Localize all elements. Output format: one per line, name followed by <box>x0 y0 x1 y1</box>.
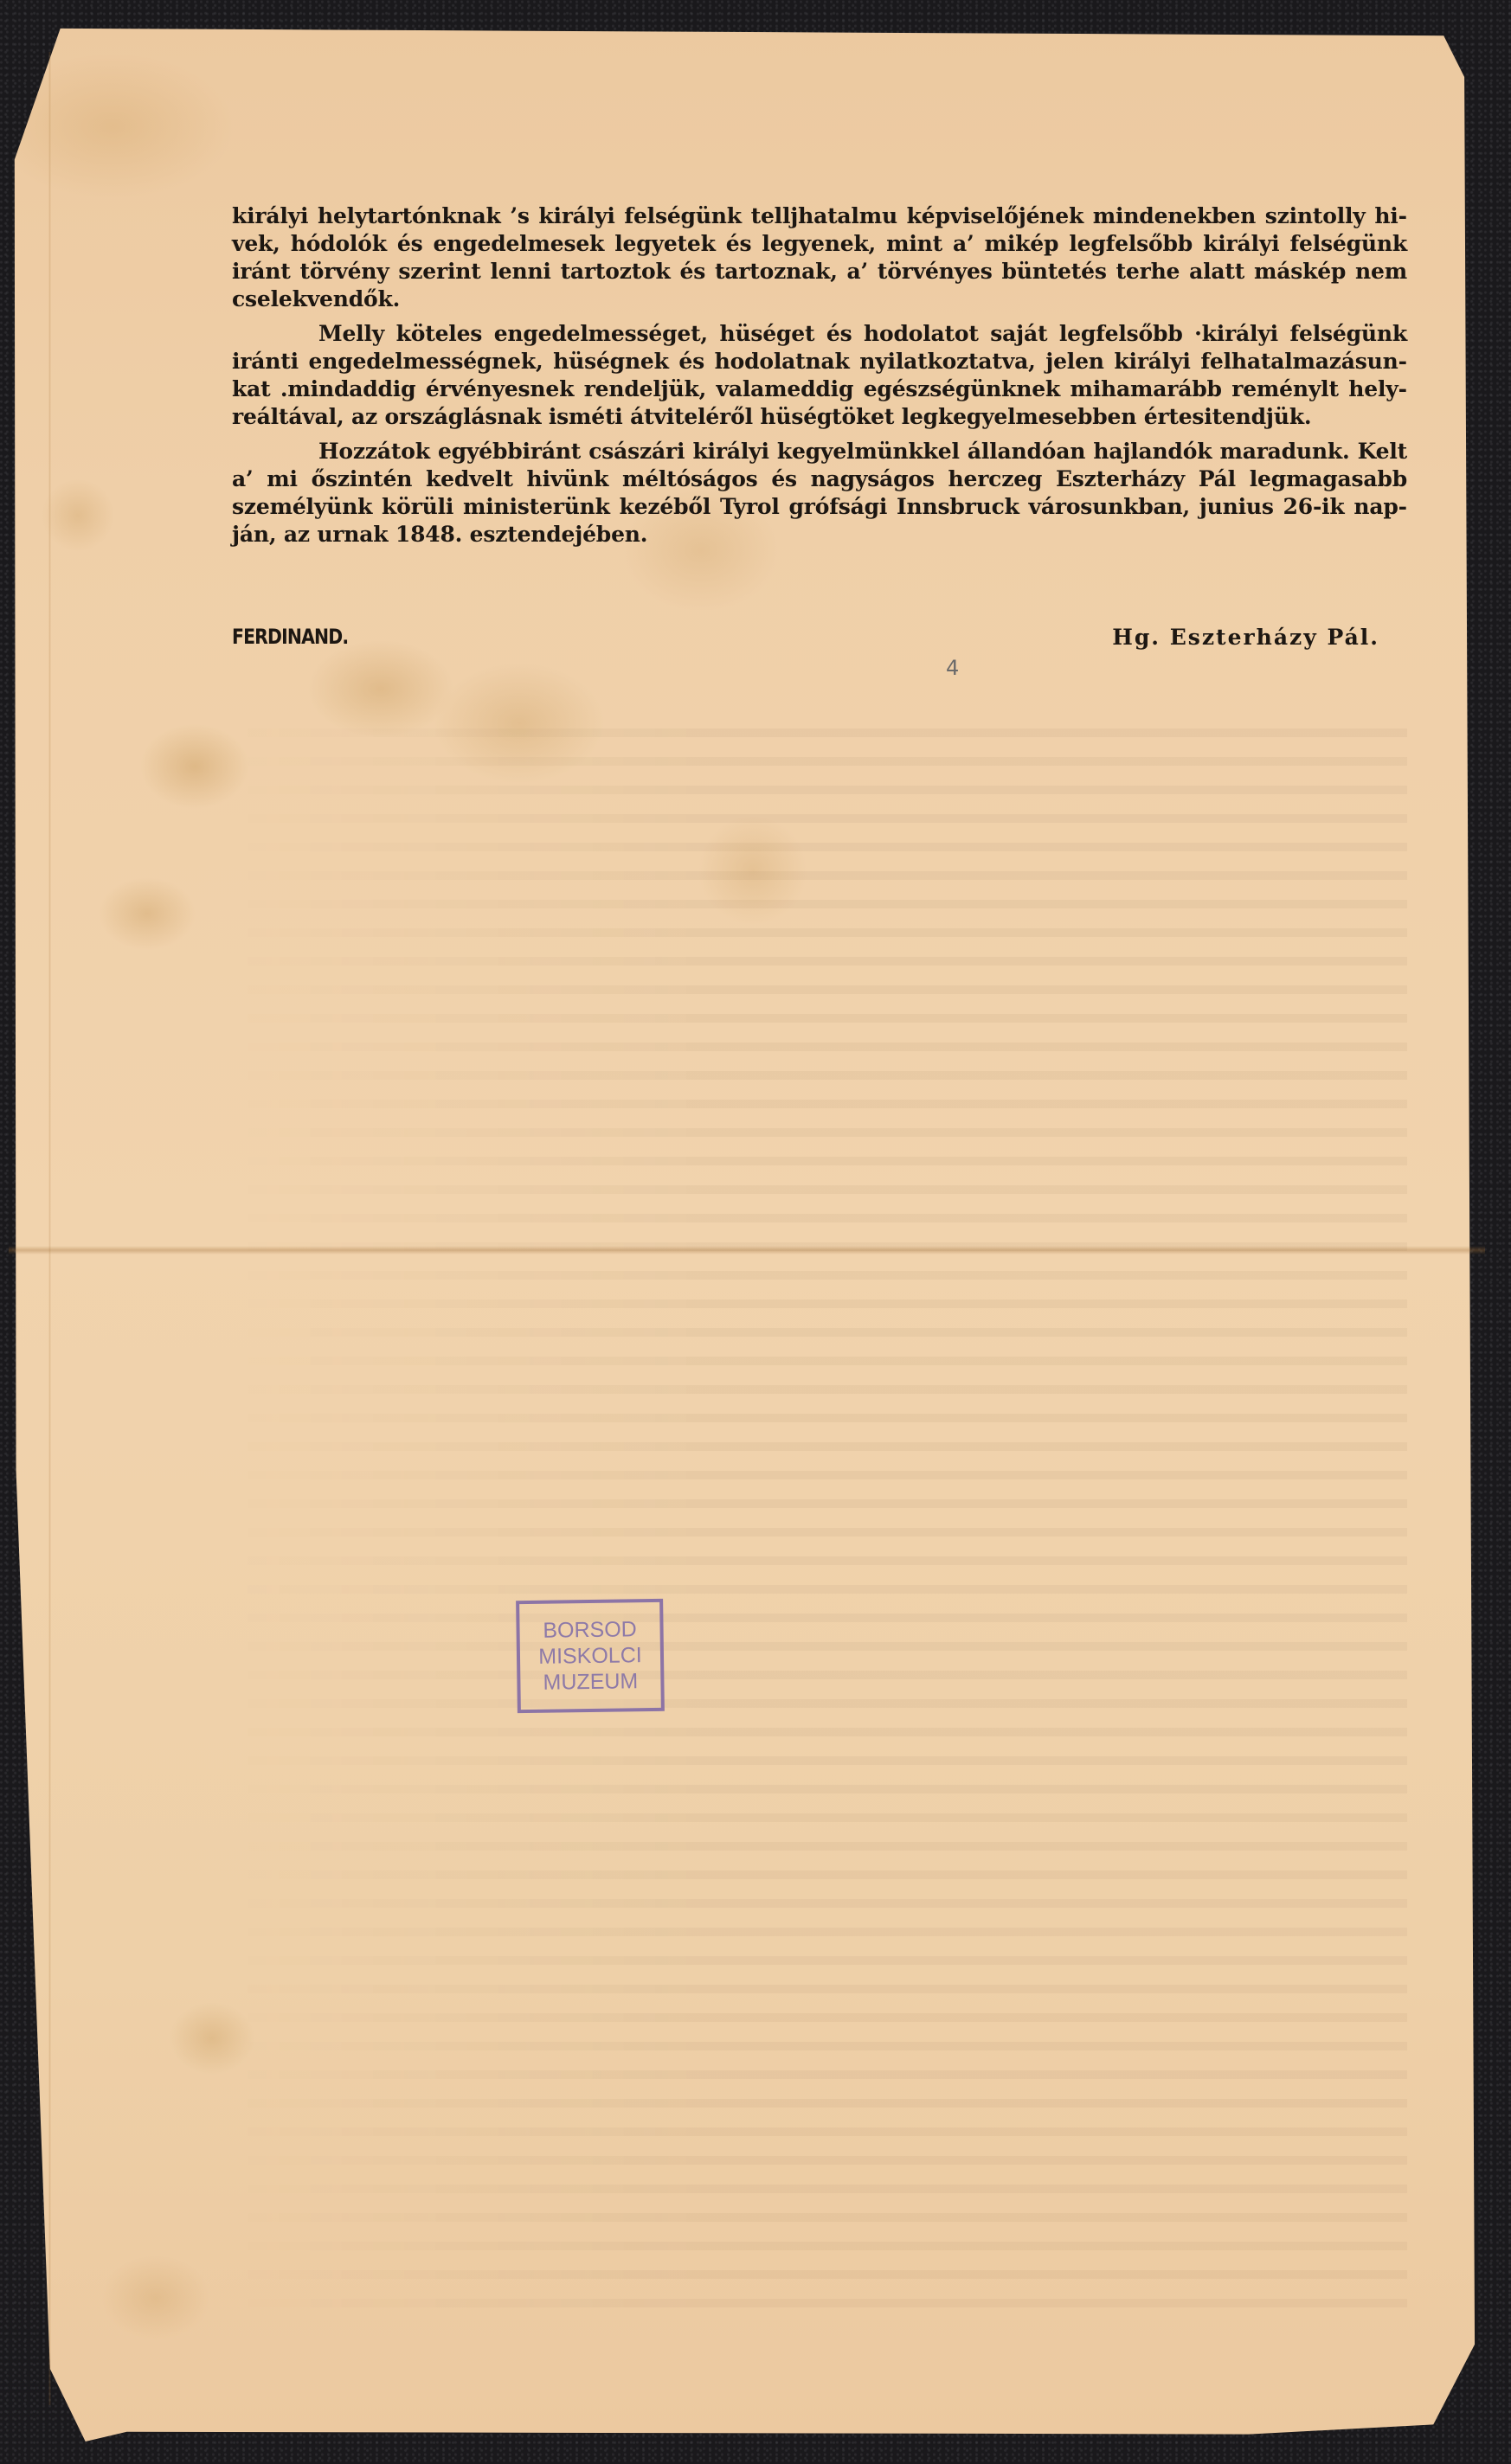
stamp-line-1: BORSOD <box>543 1616 637 1644</box>
signature-row: FERDINAND. Hg. Eszterházy Pál. <box>232 625 1379 650</box>
stamp-line-3: MUZEUM <box>543 1668 638 1696</box>
paragraph-3: Hozzátok egyébbiránt császári királyi ke… <box>232 438 1407 549</box>
stamp-line-2: MISKOLCI <box>538 1642 642 1670</box>
museum-stamp: BORSOD MISKOLCI MUZEUM <box>516 1599 665 1713</box>
paragraph-2: Melly köteles engedelmességet, hüséget é… <box>232 320 1407 431</box>
proclamation-text: királyi helytartónknak ’s királyi felség… <box>232 202 1407 555</box>
paper-crease <box>48 52 51 2405</box>
paragraph-1: királyi helytartónknak ’s királyi felség… <box>232 202 1407 313</box>
handwritten-page-mark: 4 <box>946 656 959 680</box>
signature-eszterhazy: Hg. Eszterházy Pál. <box>1112 625 1379 650</box>
bleed-through-text <box>232 709 1407 2310</box>
signature-ferdinand: FERDINAND. <box>232 625 348 650</box>
